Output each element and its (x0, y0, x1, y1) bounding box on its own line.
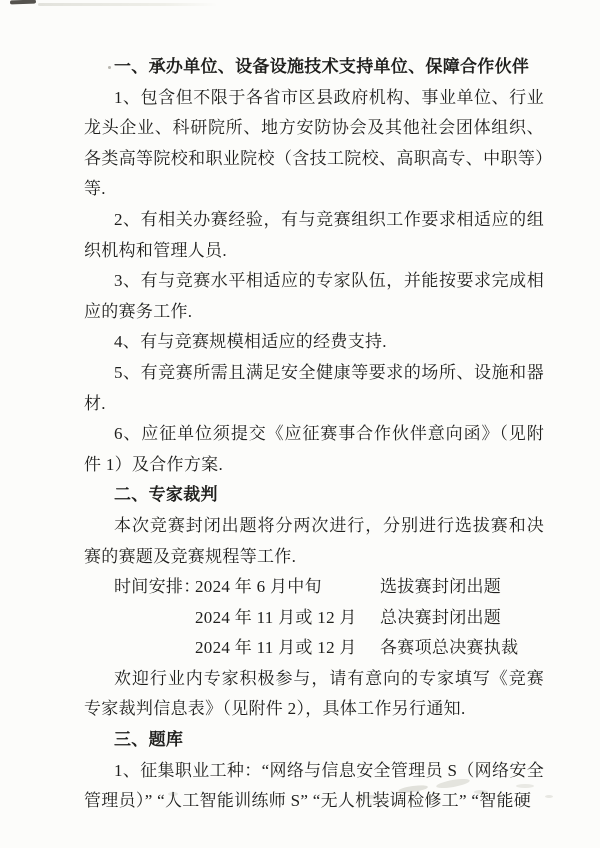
schedule-label-empty (84, 633, 195, 664)
schedule-label-empty (84, 603, 195, 634)
section3-item-1: 1、征集职业工种：“网络与信息安全管理员 S（网络安全管理员）” “人工智能训练… (84, 756, 544, 817)
schedule-event: 选拔赛封闭出题 (380, 572, 544, 603)
schedule-event: 各赛项总决赛执裁 (380, 633, 544, 664)
section2-intro: 本次竞赛封闭出题将分两次进行，分别进行选拔赛和决赛的赛题及竞赛规程等工作. (84, 511, 544, 572)
section2-outro: 欢迎行业内专家积极参与，请有意向的专家填写《竞赛专家裁判信息表》（见附件 2），… (84, 664, 544, 725)
section1-item-4: 4、有与竞赛规模相适应的经费支持. (84, 327, 544, 358)
schedule-row: 2024 年 11 月或 12 月 各赛项总决赛执裁 (84, 633, 544, 664)
section1-item-6: 6、应征单位须提交《应征赛事合作伙伴意向函》（见附件 1）及合作方案. (84, 419, 544, 480)
section1-heading: 一、承办单位、设备设施技术支持单位、保障合作伙伴 (84, 52, 544, 83)
section3-heading: 三、题库 (84, 725, 544, 756)
schedule-date: 2024 年 11 月或 12 月 (195, 633, 380, 664)
schedule-label: 时间安排： (84, 572, 195, 603)
schedule-date: 2024 年 6 月中旬 (195, 572, 380, 603)
scanned-document-page: 一、承办单位、设备设施技术支持单位、保障合作伙伴 1、包含但不限于各省市区县政府… (0, 0, 600, 848)
schedule-row: 2024 年 11 月或 12 月 总决赛封闭出题 (84, 603, 544, 634)
schedule-date: 2024 年 11 月或 12 月 (195, 603, 380, 634)
section1-item-5: 5、有竞赛所需且满足安全健康等要求的场所、设施和器材. (84, 358, 544, 419)
schedule-row: 时间安排： 2024 年 6 月中旬 选拔赛封闭出题 (84, 572, 544, 603)
section1-item-3: 3、有与竞赛水平相适应的专家队伍，并能按要求完成相应的赛务工作. (84, 266, 544, 327)
schedule-event: 总决赛封闭出题 (380, 603, 544, 634)
document-body: 一、承办单位、设备设施技术支持单位、保障合作伙伴 1、包含但不限于各省市区县政府… (0, 0, 600, 817)
section1-item-2: 2、有相关办赛经验，有与竞赛组织工作要求相适应的组织机构和管理人员. (84, 205, 544, 266)
section1-item-1: 1、包含但不限于各省市区县政府机构、事业单位、行业龙头企业、科研院所、地方安防协… (84, 83, 544, 205)
section2-heading: 二、专家裁判 (84, 480, 544, 511)
